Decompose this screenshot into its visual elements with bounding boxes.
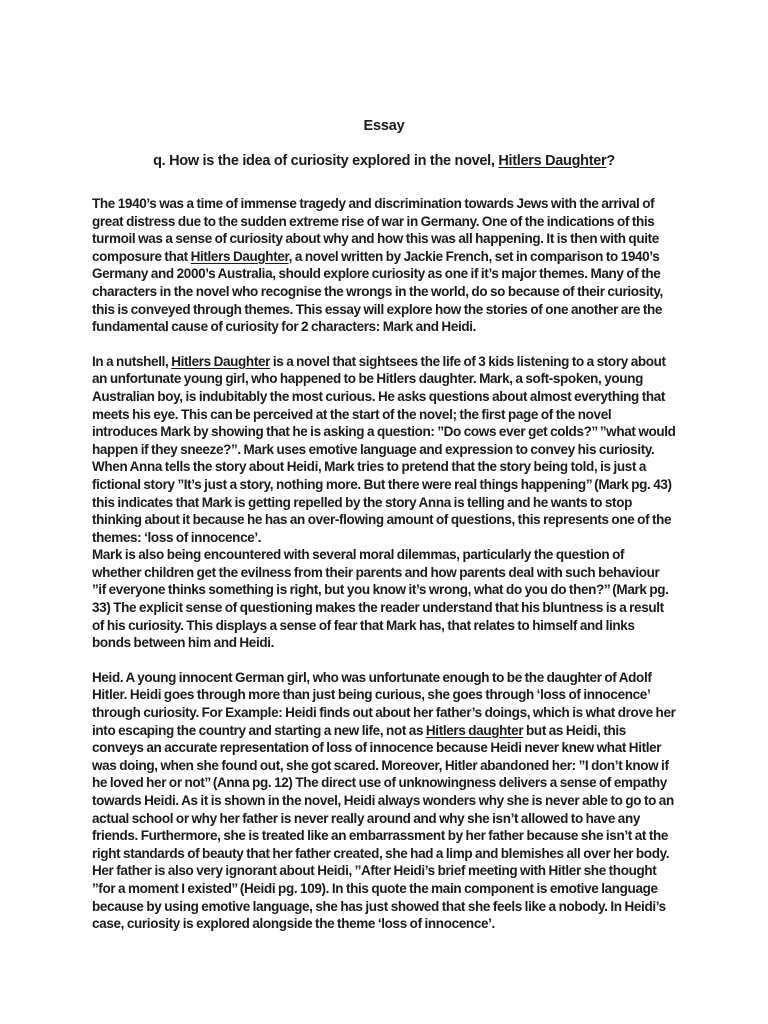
book-title-underlined: Hitlers Daughter	[191, 249, 289, 264]
paragraph-heidi-text-cont: but as Heidi, this conveys an accurate r…	[92, 723, 674, 932]
essay-question: q. How is the idea of curiosity explored…	[92, 153, 676, 169]
question-text-post: ?	[606, 153, 615, 169]
book-title-underlined: Hitlers daughter	[426, 723, 523, 738]
book-title-underlined: Hitlers Daughter	[171, 354, 270, 369]
paragraph-mark-segment-2: Mark is also being encountered with seve…	[92, 546, 676, 652]
document-page: Essay q. How is the idea of curiosity ex…	[0, 0, 768, 1024]
essay-title: Essay	[92, 118, 676, 134]
paragraph-mark-text-cont: is a novel that sightsees the life of 3 …	[92, 354, 676, 545]
paragraph-mark-text-pre: In a nutshell,	[92, 354, 171, 369]
paragraph-mark-segment-1: In a nutshell, Hitlers Daughter is a nov…	[92, 353, 676, 547]
question-text-pre: q. How is the idea of curiosity explored…	[153, 153, 498, 169]
question-book-title-underlined: Hitlers Daughter	[498, 153, 606, 169]
essay-content: Essay q. How is the idea of curiosity ex…	[92, 118, 676, 933]
paragraph-mark: In a nutshell, Hitlers Daughter is a nov…	[92, 353, 676, 652]
paragraph-intro: The 1940’s was a time of immense tragedy…	[92, 195, 676, 336]
paragraph-heidi: Heid. A young innocent German girl, who …	[92, 669, 676, 933]
